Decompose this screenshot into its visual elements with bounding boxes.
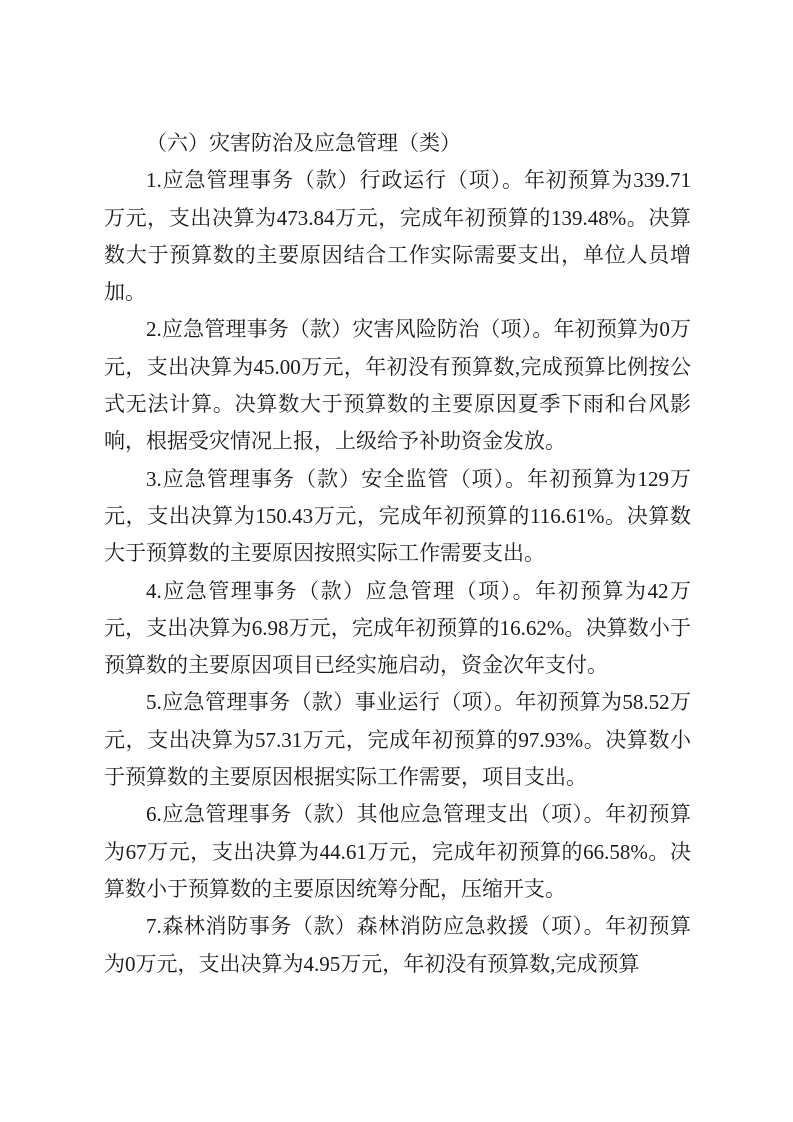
paragraph-budget-item-3: 3.应急管理事务（款）安全监管（项）。年初预算为129万元，支出决算为150.4… (104, 461, 691, 573)
document-page: （六）灾害防治及应急管理（类） 1.应急管理事务（款）行政运行（项）。年初预算为… (0, 0, 793, 1122)
paragraph-budget-item-1: 1.应急管理事务（款）行政运行（项）。年初预算为339.71万元，支出决算为47… (104, 162, 691, 311)
section-heading: （六）灾害防治及应急管理（类） (104, 125, 691, 162)
paragraph-budget-item-2: 2.应急管理事务（款）灾害风险防治（项）。年初预算为0万元，支出决算为45.00… (104, 311, 691, 460)
paragraph-budget-item-6: 6.应急管理事务（款）其他应急管理支出（项）。年初预算为67万元，支出决算为44… (104, 796, 691, 908)
paragraph-budget-item-5: 5.应急管理事务（款）事业运行（项）。年初预算为58.52万元，支出决算为57.… (104, 684, 691, 796)
paragraph-budget-item-7: 7.森林消防事务（款）森林消防应急救援（项）。年初预算为0万元，支出决算为4.9… (104, 908, 691, 983)
document-content: （六）灾害防治及应急管理（类） 1.应急管理事务（款）行政运行（项）。年初预算为… (104, 125, 691, 983)
paragraph-budget-item-4: 4.应急管理事务（款）应急管理（项）。年初预算为42万元，支出决算为6.98万元… (104, 573, 691, 685)
